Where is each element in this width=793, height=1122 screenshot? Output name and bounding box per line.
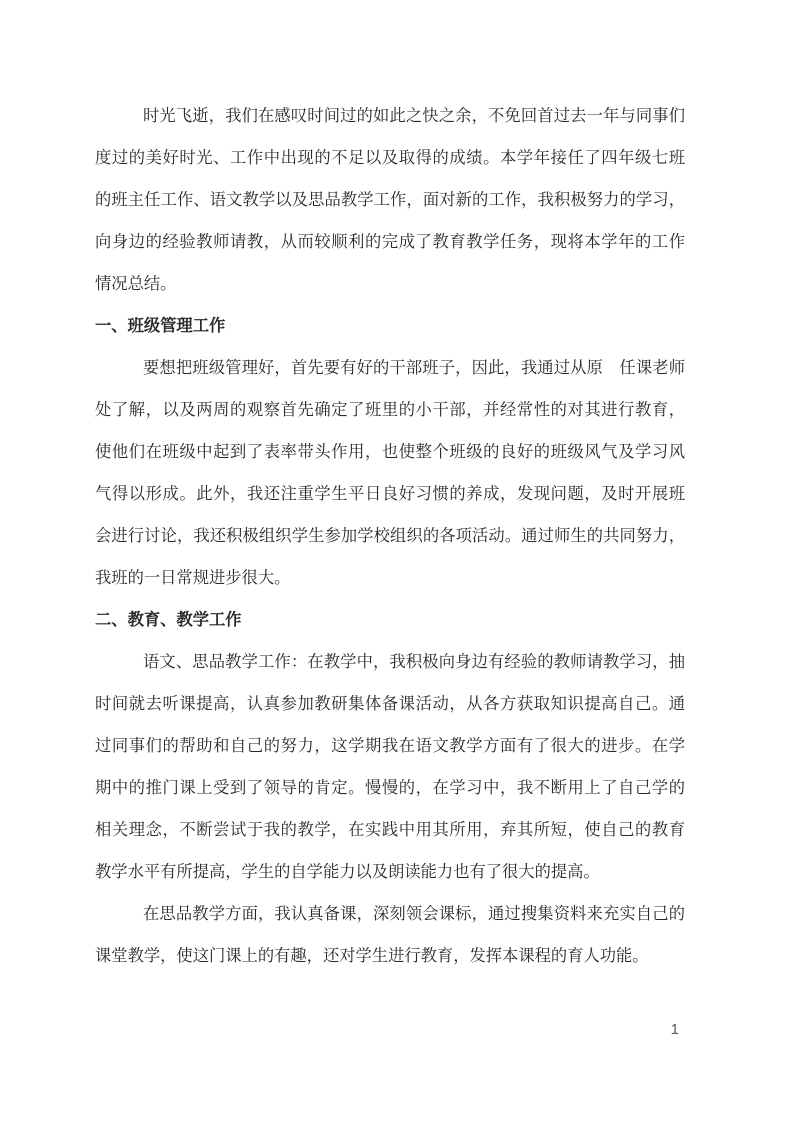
section-heading: 二、教育、教学工作 <box>95 599 685 641</box>
text-line: 度过的美好时光、工作中出现的不足以及取得的成绩。本学年接任了四年级七班 <box>95 137 685 179</box>
text-line: 期中的推门课上受到了领导的肯定。慢慢的，在学习中，我不断用上了自己学的 <box>95 767 685 809</box>
paragraph: 语文、思品教学工作：在教学中，我积极向身边有经验的教师请教学习，抽时间就去听课提… <box>95 641 685 893</box>
text-line: 我班的一日常规进步很大。 <box>95 557 685 599</box>
text-line: 会进行讨论，我还积极组织学生参加学校组织的各项活动。通过师生的共同努力， <box>95 515 685 557</box>
text-line: 处了解，以及两周的观察首先确定了班里的小干部，并经常性的对其进行教育， <box>95 389 685 431</box>
text-line: 时间就去听课提高，认真参加教研集体备课活动，从各方获取知识提高自己。通 <box>95 683 685 725</box>
text-line: 过同事们的帮助和自己的努力，这学期我在语文教学方面有了很大的进步。在学 <box>95 725 685 767</box>
text-line: 在思品教学方面，我认真备课，深刻领会课标，通过搜集资料来充实自己的 <box>95 893 685 935</box>
paragraph: 在思品教学方面，我认真备课，深刻领会课标，通过搜集资料来充实自己的课堂教学，使这… <box>95 893 685 977</box>
paragraph: 要想把班级管理好，首先要有好的干部班子，因此，我通过从原 任课老师处了解，以及两… <box>95 347 685 599</box>
page-footer: 1 <box>95 1009 679 1051</box>
text-line: 时光飞逝，我们在感叹时间过的如此之快之余，不免回首过去一年与同事们 <box>95 95 685 137</box>
text-line: 向身边的经验教师请教，从而较顺利的完成了教育教学任务，现将本学年的工作 <box>95 221 685 263</box>
text-line: 要想把班级管理好，首先要有好的干部班子，因此，我通过从原 任课老师 <box>95 347 685 389</box>
page-number: 1 <box>671 1021 679 1038</box>
document-body: 时光飞逝，我们在感叹时间过的如此之快之余，不免回首过去一年与同事们度过的美好时光… <box>95 95 685 977</box>
section-heading: 一、班级管理工作 <box>95 305 685 347</box>
document-page: 时光飞逝，我们在感叹时间过的如此之快之余，不免回首过去一年与同事们度过的美好时光… <box>0 0 793 1122</box>
text-line: 气得以形成。此外，我还注重学生平日良好习惯的养成，发现问题，及时开展班 <box>95 473 685 515</box>
text-line: 相关理念，不断尝试于我的教学，在实践中用其所用，弃其所短，使自己的教育 <box>95 809 685 851</box>
text-line: 使他们在班级中起到了表率带头作用，也使整个班级的良好的班级风气及学习风 <box>95 431 685 473</box>
text-line: 课堂教学，使这门课上的有趣，还对学生进行教育，发挥本课程的育人功能。 <box>95 935 685 977</box>
text-line: 情况总结。 <box>95 263 685 305</box>
text-line: 的班主任工作、语文教学以及思品教学工作，面对新的工作，我积极努力的学习， <box>95 179 685 221</box>
text-line: 语文、思品教学工作：在教学中，我积极向身边有经验的教师请教学习，抽 <box>95 641 685 683</box>
text-line: 教学水平有所提高，学生的自学能力以及朗读能力也有了很大的提高。 <box>95 851 685 893</box>
paragraph: 时光飞逝，我们在感叹时间过的如此之快之余，不免回首过去一年与同事们度过的美好时光… <box>95 95 685 305</box>
